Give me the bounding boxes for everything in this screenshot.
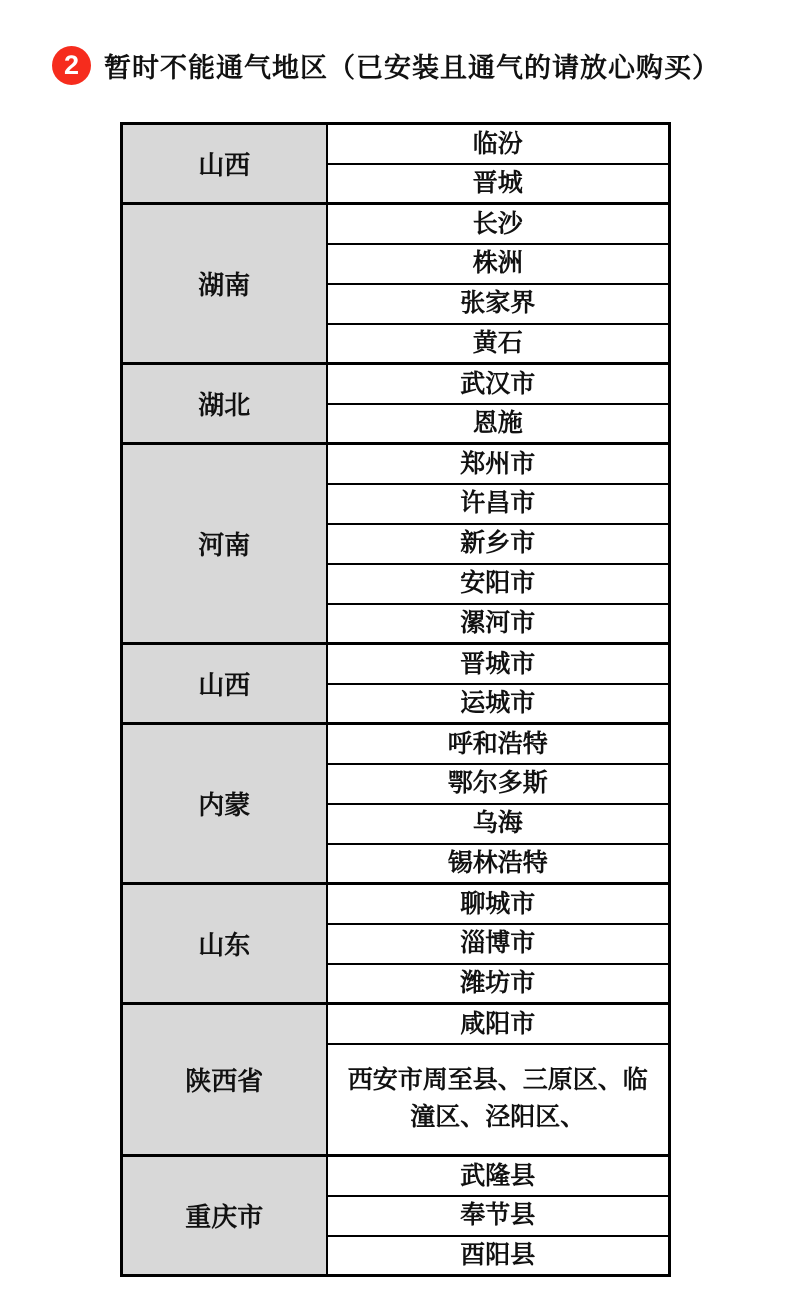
province-cell: 内蒙	[122, 724, 327, 884]
province-cell: 山西	[122, 644, 327, 724]
city-cell: 长沙	[327, 204, 670, 244]
city-cell: 临汾	[327, 124, 670, 164]
city-cell: 酉阳县	[327, 1236, 670, 1276]
city-cell: 西安市周至县、三原区、临潼区、泾阳区、	[327, 1044, 670, 1156]
city-cell: 运城市	[327, 684, 670, 724]
province-cell: 陕西省	[122, 1004, 327, 1156]
city-cell: 聊城市	[327, 884, 670, 924]
province-cell: 湖北	[122, 364, 327, 444]
section-header: 2 暂时不能通气地区（已安装且通气的请放心购买）	[0, 0, 790, 85]
city-cell: 安阳市	[327, 564, 670, 604]
city-cell: 漯河市	[327, 604, 670, 644]
table-row: 湖北武汉市	[122, 364, 670, 404]
city-cell: 黄石	[327, 324, 670, 364]
city-cell: 乌海	[327, 804, 670, 844]
city-cell: 新乡市	[327, 524, 670, 564]
province-cell: 湖南	[122, 204, 327, 364]
table-row: 山东聊城市	[122, 884, 670, 924]
city-cell: 潍坊市	[327, 964, 670, 1004]
city-cell: 奉节县	[327, 1196, 670, 1236]
city-cell: 淄博市	[327, 924, 670, 964]
city-cell: 郑州市	[327, 444, 670, 484]
city-cell: 晋城市	[327, 644, 670, 684]
city-cell: 武隆县	[327, 1156, 670, 1196]
city-cell: 许昌市	[327, 484, 670, 524]
province-cell: 河南	[122, 444, 327, 644]
city-cell: 鄂尔多斯	[327, 764, 670, 804]
city-cell: 武汉市	[327, 364, 670, 404]
city-cell: 咸阳市	[327, 1004, 670, 1044]
city-cell: 锡林浩特	[327, 844, 670, 884]
province-cell: 重庆市	[122, 1156, 327, 1276]
table-row: 内蒙呼和浩特	[122, 724, 670, 764]
section-title: 暂时不能通气地区（已安装且通气的请放心购买）	[104, 46, 720, 85]
region-table-body: 山西临汾晋城湖南长沙株洲张家界黄石湖北武汉市恩施河南郑州市许昌市新乡市安阳市漯河…	[122, 124, 670, 1276]
table-row: 陕西省咸阳市	[122, 1004, 670, 1044]
city-cell: 恩施	[327, 404, 670, 444]
table-row: 河南郑州市	[122, 444, 670, 484]
city-cell: 株洲	[327, 244, 670, 284]
table-row: 重庆市武隆县	[122, 1156, 670, 1196]
number-2-badge-icon: 2	[52, 46, 91, 85]
table-row: 山西临汾	[122, 124, 670, 164]
table-row: 山西晋城市	[122, 644, 670, 684]
region-table: 山西临汾晋城湖南长沙株洲张家界黄石湖北武汉市恩施河南郑州市许昌市新乡市安阳市漯河…	[120, 122, 671, 1277]
notice-page: 2 暂时不能通气地区（已安装且通气的请放心购买） 山西临汾晋城湖南长沙株洲张家界…	[0, 0, 790, 1277]
city-cell: 呼和浩特	[327, 724, 670, 764]
city-cell: 晋城	[327, 164, 670, 204]
province-cell: 山东	[122, 884, 327, 1004]
city-cell: 张家界	[327, 284, 670, 324]
province-cell: 山西	[122, 124, 327, 204]
table-row: 湖南长沙	[122, 204, 670, 244]
